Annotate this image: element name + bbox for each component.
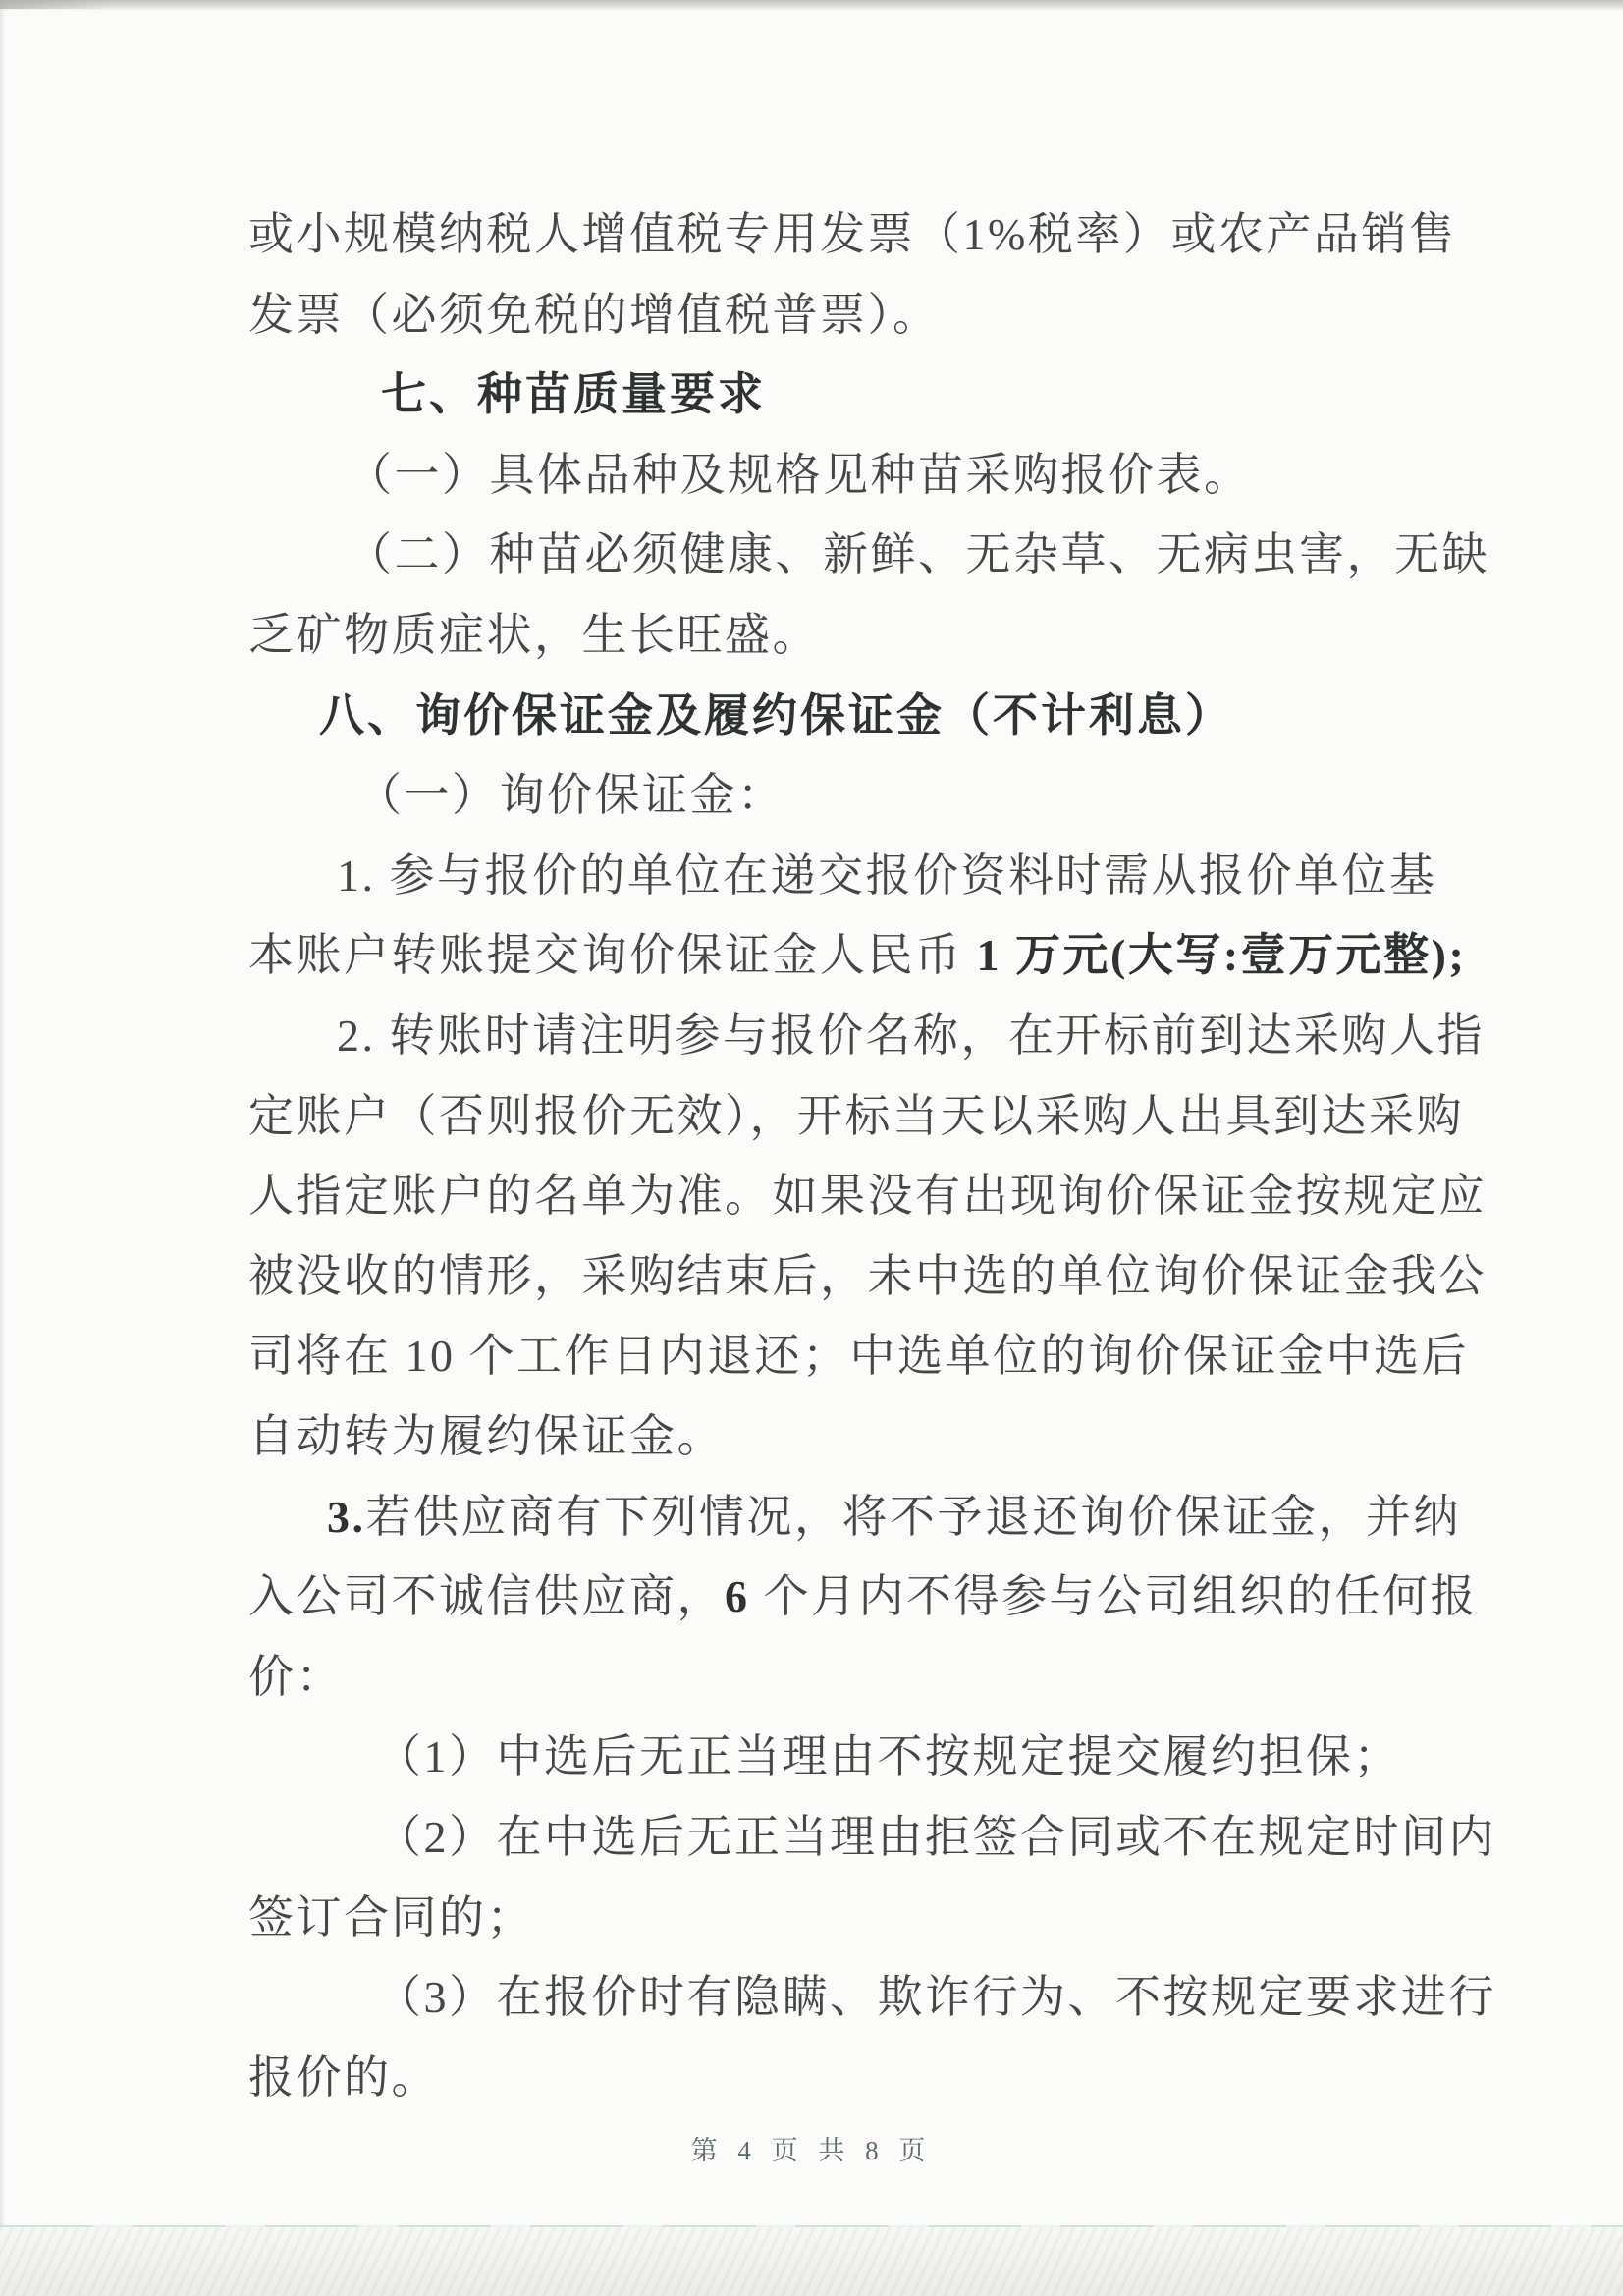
body-text: 定账户（否则报价无效），开标当天以采购人出具到达采购 — [248, 1091, 1464, 1141]
page-number-text: 第 4 页 共 8 页 — [691, 2136, 933, 2165]
document-page: 或小规模纳税人增值税专用发票（1%税率）或农产品销售发票（必须免税的增值税普票）… — [0, 0, 1623, 2296]
text-line: （2）在中选后无正当理由拒签合同或不在规定时间内 — [376, 1812, 1496, 1864]
emphasized-text: 6 — [725, 1571, 750, 1621]
text-line: 发票（必须免税的增值税普票）。 — [248, 290, 941, 342]
text-line: 或小规模纳税人增值税专用发票（1%税率）或农产品销售 — [248, 209, 1456, 261]
page-number: 第 4 页 共 8 页 — [0, 2129, 1623, 2167]
text-line: （一）询价保证金： — [356, 770, 785, 822]
body-text: 人指定账户的名单为准。如果没有出现询价保证金按规定应 — [248, 1171, 1487, 1221]
body-text: （一）询价保证金： — [356, 770, 785, 820]
body-text: 个月内不得参与公司组织的任何报 — [750, 1571, 1479, 1621]
body-text: 签订合同的； — [248, 1892, 534, 1942]
text-line: 乏矿物质症状，生长旺盛。 — [248, 610, 820, 662]
emphasized-text: 3. — [327, 1492, 366, 1542]
text-line: 2. 转账时请注明参与报价名称，在开标前到达采购人指 — [337, 1011, 1485, 1063]
emphasized-text: 八、询价保证金及履约保证金（不计利息） — [319, 690, 1233, 740]
scan-edge-bottom-noise — [0, 2227, 1623, 2296]
body-text: 若供应商有下列情况，将不予退还询价保证金，并纳 — [366, 1492, 1462, 1542]
text-line: 司将在 10 个工作日内退还；中选单位的询价保证金中选后 — [248, 1331, 1469, 1383]
text-line: （二）种苗必须健康、新鲜、无杂草、无病虫害，无缺 — [347, 529, 1489, 581]
text-line: 自动转为履约保证金。 — [248, 1411, 725, 1463]
body-text: （二）种苗必须健康、新鲜、无杂草、无病虫害，无缺 — [347, 529, 1489, 579]
text-line: （3）在报价时有隐瞒、欺诈行为、不按规定要求进行 — [376, 1972, 1496, 2024]
body-text: 2. 转账时请注明参与报价名称，在开标前到达采购人指 — [337, 1011, 1485, 1061]
text-line: 报价的。 — [248, 2052, 439, 2105]
body-text: 报价的。 — [248, 2052, 439, 2103]
text-line: 人指定账户的名单为准。如果没有出现询价保证金按规定应 — [248, 1171, 1487, 1223]
body-text: 司将在 10 个工作日内退还；中选单位的询价保证金中选后 — [248, 1331, 1469, 1381]
body-text: 自动转为履约保证金。 — [248, 1411, 725, 1461]
text-line: 签订合同的； — [248, 1892, 534, 1944]
text-line: 八、询价保证金及履约保证金（不计利息） — [319, 690, 1233, 742]
body-text: 被没收的情形，采购结束后，未中选的单位询价保证金我公 — [248, 1251, 1487, 1301]
body-text: 或小规模纳税人增值税专用发票（1%税率）或农产品销售 — [248, 209, 1456, 259]
body-text: 乏矿物质症状，生长旺盛。 — [248, 610, 820, 660]
body-text: 发票（必须免税的增值税普票）。 — [248, 290, 941, 340]
body-text: （2）在中选后无正当理由拒签合同或不在规定时间内 — [376, 1812, 1496, 1862]
text-line: 3.若供应商有下列情况，将不予退还询价保证金，并纳 — [327, 1492, 1461, 1544]
body-text: 本账户转账提交询价保证金人民币 — [248, 930, 977, 980]
body-text: （3）在报价时有隐瞒、欺诈行为、不按规定要求进行 — [376, 1972, 1496, 2022]
text-line: 七、种苗质量要求 — [381, 369, 766, 421]
text-line: （1）中选后无正当理由不按规定提交履约担保； — [376, 1731, 1401, 1783]
body-text: 1. 参与报价的单位在递交报价资料时需从报价单位基 — [337, 850, 1437, 901]
emphasized-text: 七、种苗质量要求 — [381, 369, 766, 419]
body-text: （一）具体品种及规格见种苗采购报价表。 — [347, 450, 1252, 500]
text-line: （一）具体品种及规格见种苗采购报价表。 — [347, 450, 1252, 502]
text-line: 价： — [248, 1652, 344, 1704]
text-line: 定账户（否则报价无效），开标当天以采购人出具到达采购 — [248, 1091, 1464, 1143]
text-line: 被没收的情形，采购结束后，未中选的单位询价保证金我公 — [248, 1251, 1487, 1303]
body-text: （1）中选后无正当理由不按规定提交履约担保； — [376, 1731, 1401, 1781]
text-line: 入公司不诚信供应商，6 个月内不得参与公司组织的任何报 — [248, 1571, 1478, 1623]
body-text: 入公司不诚信供应商， — [248, 1571, 725, 1621]
body-text: 价： — [248, 1652, 344, 1702]
emphasized-text: 1 万元(大写:壹万元整); — [977, 930, 1467, 980]
document-body: 或小规模纳税人增值税专用发票（1%税率）或农产品销售发票（必须免税的增值税普票）… — [0, 0, 1623, 2296]
text-line: 1. 参与报价的单位在递交报价资料时需从报价单位基 — [337, 850, 1437, 902]
text-line: 本账户转账提交询价保证金人民币 1 万元(大写:壹万元整); — [248, 930, 1466, 982]
